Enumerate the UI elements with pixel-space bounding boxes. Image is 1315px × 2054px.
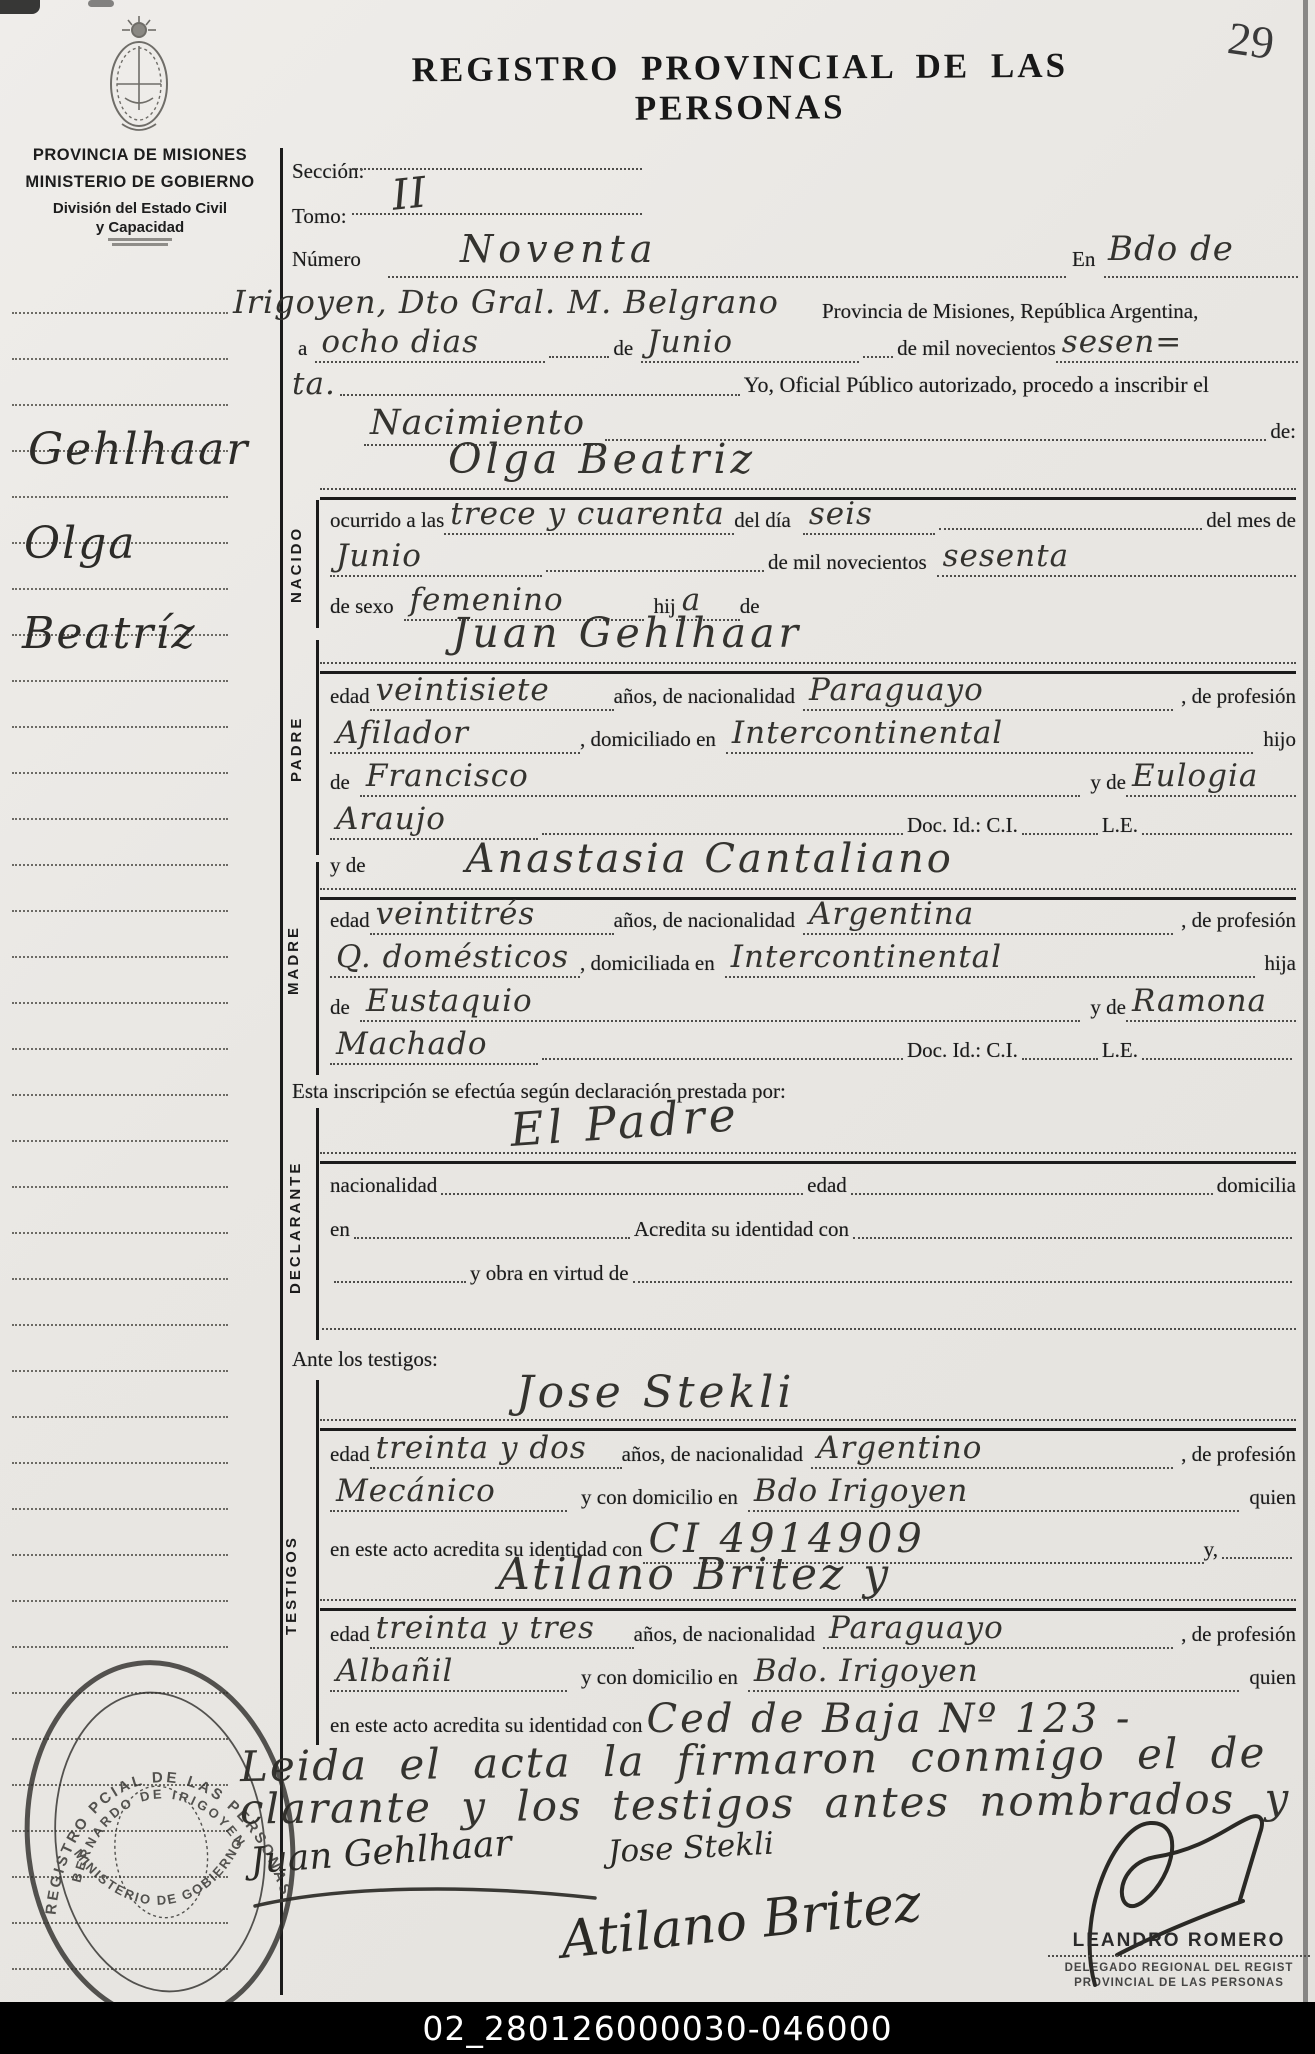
testigo2-name: Atilano Britez y xyxy=(498,1552,891,1598)
nacido-section-bar xyxy=(316,500,319,628)
testigo1-edad-row: edad treinta y dos años, de nacionalidad… xyxy=(330,1432,1296,1469)
place-value: Irigoyen, Dto Gral. M. Belgrano xyxy=(233,286,779,320)
name-rule-dotted xyxy=(320,888,1296,890)
dia-value: seis xyxy=(803,498,935,535)
madre-abuelos-row: de Eustaquio y de Ramona xyxy=(330,985,1296,1022)
hija-label: hija xyxy=(1265,952,1297,974)
acta-row: Nacimiento de: xyxy=(292,405,1296,446)
edad-value: treinta y tres xyxy=(370,1612,634,1649)
certificate-page: 29 REGISTRO PROVINCIAL DE LAS PERSONAS P… xyxy=(0,0,1315,2054)
virtud-label: y obra en virtud de xyxy=(470,1262,629,1284)
section-label-declarante: DECLARANTE xyxy=(287,1145,304,1310)
letterhead-line: División del Estado Civil xyxy=(8,200,272,217)
blank xyxy=(939,528,1202,530)
prof-label: , de profesión xyxy=(1181,685,1296,707)
registrar-title-line: DELEGADO REGIONAL DEL REGIST xyxy=(1048,1962,1310,1974)
nac-label: años, de nacionalidad xyxy=(614,909,795,931)
le-label: L.E. xyxy=(1102,1039,1138,1061)
profesion-value: Q. domésticos xyxy=(330,941,580,978)
margin-middle-name: Beatríz xyxy=(22,608,197,659)
acredita-label: en este acto acredita su identidad con xyxy=(330,1714,643,1736)
en-blank xyxy=(1104,276,1298,278)
blank xyxy=(1142,1058,1292,1060)
hijo-label: hijo xyxy=(1263,728,1296,750)
nacionalidad-value: Argentino xyxy=(811,1432,1173,1469)
year-value: sesen= xyxy=(1056,326,1298,363)
letterhead: PROVINCIA DE MISIONES MINISTERIO DE GOBI… xyxy=(8,146,272,248)
acredita-label: Acredita su identidad con xyxy=(634,1218,849,1240)
argentina-coat-of-arms-icon xyxy=(92,12,186,142)
madre-name-row: y de Anastasia Cantaliano xyxy=(330,838,1296,880)
anio-value: sesenta xyxy=(937,540,1296,577)
margin-ruled-line xyxy=(12,726,228,728)
edad-value: treinta y dos xyxy=(370,1432,622,1469)
dom-label: , domiciliada en xyxy=(580,952,715,974)
dom-label: , domiciliado en xyxy=(580,728,716,750)
declarante-blank-line xyxy=(322,1328,1296,1330)
declarante-row1: nacionalidad edad domicilia xyxy=(330,1174,1296,1200)
blank xyxy=(340,394,740,396)
en-label: En xyxy=(1072,248,1095,270)
profesion-value: Afilador xyxy=(330,717,580,754)
page-number: 29 xyxy=(1225,11,1278,70)
y-de-label: y de xyxy=(330,854,366,876)
day-value: ocho dias xyxy=(315,326,545,363)
domicilia-label: domicilia xyxy=(1217,1174,1296,1196)
edad-label: edad xyxy=(330,1623,370,1645)
edad-label: edad xyxy=(807,1174,847,1196)
name-rule-dotted xyxy=(320,662,1296,664)
millar-label: de mil novecientos xyxy=(897,337,1056,359)
name-rule-dotted xyxy=(320,1419,1296,1421)
abuela-value2: Machado xyxy=(330,1028,538,1065)
nacionalidad-value: Argentina xyxy=(803,898,1173,935)
edad-label: edad xyxy=(330,1443,370,1465)
blank xyxy=(853,1237,1292,1239)
margin-ruled-line xyxy=(12,1186,228,1188)
blank xyxy=(1222,1557,1292,1559)
prof-label: , de profesión xyxy=(1181,1443,1296,1465)
letterhead-line: y Capacidad xyxy=(8,219,272,236)
edad-value: veintitrés xyxy=(370,898,614,935)
margin-ruled-line xyxy=(12,910,228,912)
letterhead-line: MINISTERIO DE GOBIERNO xyxy=(8,173,272,192)
numero-blank xyxy=(388,276,1066,278)
nacionalidad-value: Paraguayo xyxy=(803,674,1173,711)
domicilio-value: Intercontinental xyxy=(726,717,1253,754)
blank xyxy=(1022,833,1098,835)
margin-ruled-line xyxy=(12,1048,228,1050)
margin-ruled-line xyxy=(12,588,228,590)
month-value: Junio xyxy=(641,326,859,363)
de-label: de xyxy=(330,771,350,793)
anio-label: de mil novecientos xyxy=(768,551,927,573)
numero-value: Noventa xyxy=(460,230,657,270)
testigos-section-bar xyxy=(316,1380,319,1745)
profesion-value: Mecánico xyxy=(330,1475,567,1512)
place-printed: Provincia de Misiones, República Argenti… xyxy=(822,300,1198,322)
de-colon-label: de: xyxy=(1270,420,1296,442)
prof-label: , de profesión xyxy=(1181,909,1296,931)
oficial-row: ta. Yo, Oficial Público autorizado, proc… xyxy=(292,368,1298,401)
nacido-name: Olga Beatriz xyxy=(448,438,756,481)
de-label: de xyxy=(613,337,633,359)
date-row: a ocho dias de Junio de mil novecientos … xyxy=(298,326,1298,363)
margin-ruled-line xyxy=(12,1094,228,1096)
declarante-who: El Padre xyxy=(509,1090,742,1154)
sexo-label: de sexo xyxy=(330,595,394,617)
margin-ruled-line xyxy=(12,404,228,406)
en-value: Bdo de xyxy=(1108,232,1234,268)
prof-label: , de profesión xyxy=(1181,1623,1296,1645)
testigos-intro: Ante los testigos: xyxy=(292,1348,438,1370)
nac-label: años, de nacionalidad xyxy=(622,1443,803,1465)
margin-ruled-line xyxy=(12,358,228,360)
de-label: de xyxy=(330,996,350,1018)
blank xyxy=(334,1281,466,1283)
margin-ruled-line xyxy=(12,1416,228,1418)
form-title: REGISTRO PROVINCIAL DE LAS PERSONAS xyxy=(300,45,1181,131)
seccion-label: Sección: xyxy=(292,160,364,182)
abuela-value: Eulogia xyxy=(1126,760,1296,797)
year-value-cont: ta. xyxy=(292,368,336,401)
edad-label: edad xyxy=(330,685,370,707)
padre-abuelos-row: de Francisco y de Eulogia xyxy=(330,760,1296,797)
y-label: y, xyxy=(1204,1538,1218,1560)
margin-ruled-line xyxy=(12,1324,228,1326)
blank xyxy=(542,833,903,835)
testigo1-name: Jose Stekli xyxy=(516,1370,795,1416)
abuela-value: Ramona xyxy=(1126,985,1296,1022)
margin-ruled-line xyxy=(12,1554,228,1556)
testigo2-domicilio-row: Albañil y con domicilio en Bdo. Irigoyen… xyxy=(330,1655,1296,1692)
doc-label: Doc. Id.: C.I. xyxy=(907,814,1018,836)
margin-ruled-line xyxy=(12,496,228,498)
name-rule-dotted xyxy=(320,1599,1296,1601)
edad-label: edad xyxy=(330,909,370,931)
nac-label: años, de nacionalidad xyxy=(614,685,795,707)
registrar-stamp: LEANDRO ROMERO DELEGADO REGIONAL DEL REG… xyxy=(1048,1930,1310,1989)
en-label: en xyxy=(330,1218,350,1240)
margin-ruled-line xyxy=(12,1232,228,1234)
margin-ruled-line xyxy=(12,1462,228,1464)
margin-ruled-line xyxy=(12,1508,228,1510)
blank xyxy=(633,1281,1292,1283)
margin-ruled-line xyxy=(12,680,228,682)
margin-ruled-line xyxy=(12,1600,228,1602)
domicilio-value: Bdo. Irigoyen xyxy=(748,1655,1239,1692)
y-de-label: y de xyxy=(1090,771,1126,793)
scan-smudge xyxy=(88,0,114,7)
nacionalidad-value: Paraguayo xyxy=(823,1612,1173,1649)
name-rule-dotted xyxy=(320,488,1296,490)
nacido-time-row: ocurrido a las trece y cuarenta del día … xyxy=(330,498,1296,535)
signature-testigo1: Jose Stekli xyxy=(607,1826,775,1871)
numero-label: Número xyxy=(292,248,361,270)
le-label: L.E. xyxy=(1102,814,1138,836)
margin-ruled-line xyxy=(12,956,228,958)
padre-edad-row: edad veintisiete años, de nacionalidad P… xyxy=(330,674,1296,711)
oval-registry-seal-icon: REGISTRO PCIAL DE LAS PERSONAS BERNARDO … xyxy=(0,1625,338,2054)
section-label-padre: PADRE xyxy=(288,697,305,801)
a-label: a xyxy=(298,337,307,359)
abuelo-value: Francisco xyxy=(360,760,1081,797)
letterhead-fine-print xyxy=(112,243,168,246)
blank xyxy=(354,1237,630,1239)
margin-ruled-line xyxy=(12,312,228,314)
madre-name: Anastasia Cantaliano xyxy=(466,838,954,880)
blank xyxy=(851,1193,1213,1195)
section-label-nacido: NACIDO xyxy=(288,500,305,628)
margin-ruled-line xyxy=(12,1370,228,1372)
signature-testigo2: Atilano Britez xyxy=(558,1873,924,1971)
letterhead-fine-print xyxy=(108,238,172,241)
time-value: trece y cuarenta xyxy=(444,498,734,535)
registrar-title-line: PROVINCIAL DE LAS PERSONAS xyxy=(1048,1977,1310,1989)
blank xyxy=(542,1058,903,1060)
margin-ruled-line xyxy=(12,772,228,774)
blank xyxy=(546,570,764,572)
margin-first-name: Olga xyxy=(24,518,137,569)
tomo-value: II xyxy=(390,170,430,218)
section-label-madre: MADRE xyxy=(285,905,302,1015)
blank xyxy=(863,356,893,358)
registrar-name: LEANDRO ROMERO xyxy=(1048,1930,1310,1957)
tomo-label: Tomo: xyxy=(292,205,347,227)
testigo1-domicilio-row: Mecánico y con domicilio en Bdo Irigoyen… xyxy=(330,1475,1296,1512)
scan-footer-bar: 02_280126000030-046000 xyxy=(0,2002,1315,2054)
domicilio-value: Intercontinental xyxy=(725,941,1255,978)
name-rule-heavy xyxy=(320,1161,1296,1164)
blank xyxy=(1142,833,1292,835)
page-edge-shadow xyxy=(1303,0,1308,2002)
margin-ruled-line xyxy=(12,1002,228,1004)
dom-label: y con domicilio en xyxy=(581,1666,738,1688)
nac-label: años, de nacionalidad xyxy=(634,1623,815,1645)
scan-smudge xyxy=(0,0,40,14)
padre-section-bar xyxy=(316,640,319,855)
margin-ruled-line xyxy=(12,864,228,866)
declarante-section-bar xyxy=(316,1108,319,1340)
padre-name: Juan Gehlhaar xyxy=(452,612,802,655)
edad-value: veintisiete xyxy=(370,674,614,711)
declarante-row3: y obra en virtud de xyxy=(330,1262,1296,1288)
madre-doc-row: Machado Doc. Id.: C.I. L.E. xyxy=(330,1028,1296,1065)
quien-label: quien xyxy=(1249,1486,1296,1508)
margin-surname: Gehlhaar xyxy=(28,424,249,475)
margin-ruled-line xyxy=(12,818,228,820)
blank xyxy=(549,356,609,358)
abuela-value2: Araujo xyxy=(330,803,538,840)
padre-doc-row: Araujo Doc. Id.: C.I. L.E. xyxy=(330,803,1296,840)
doc-label: Doc. Id.: C.I. xyxy=(907,1039,1018,1061)
blank xyxy=(1022,1058,1098,1060)
mes-label: del mes de xyxy=(1206,509,1296,531)
blank xyxy=(441,1193,803,1195)
nacido-year-row: Junio de mil novecientos sesenta xyxy=(330,540,1296,577)
margin-ruled-line xyxy=(12,1278,228,1280)
oficial-line: Yo, Oficial Público autorizado, procedo … xyxy=(744,373,1209,396)
abuelo-value: Eustaquio xyxy=(360,985,1081,1022)
testigo2-edad-row: edad treinta y tres años, de nacionalida… xyxy=(330,1612,1296,1649)
madre-section-bar xyxy=(316,862,319,1075)
domicilio-value: Bdo Irigoyen xyxy=(748,1475,1239,1512)
madre-domicilio-row: Q. domésticos , domiciliada en Intercont… xyxy=(330,941,1296,978)
madre-edad-row: edad veintitrés años, de nacionalidad Ar… xyxy=(330,898,1296,935)
y-de2-label: y de xyxy=(1090,996,1126,1018)
margin-ruled-line xyxy=(12,1140,228,1142)
profesion-value: Albañil xyxy=(330,1655,567,1692)
scan-code: 02_280126000030-046000 xyxy=(422,2009,892,2048)
letterhead-line: PROVINCIA DE MISIONES xyxy=(8,146,272,165)
dia-label: del día xyxy=(734,509,791,531)
ocurrido-label: ocurrido a las xyxy=(330,509,444,531)
quien-label: quien xyxy=(1249,1666,1296,1688)
declarante-row2: en Acredita su identidad con xyxy=(330,1218,1296,1244)
padre-domicilio-row: Afilador , domiciliado en Intercontinent… xyxy=(330,717,1296,754)
dom-label: y con domicilio en xyxy=(581,1486,738,1508)
name-rule-dotted xyxy=(320,1152,1296,1154)
nacionalidad-label: nacionalidad xyxy=(330,1174,437,1196)
mes-value: Junio xyxy=(330,540,542,577)
